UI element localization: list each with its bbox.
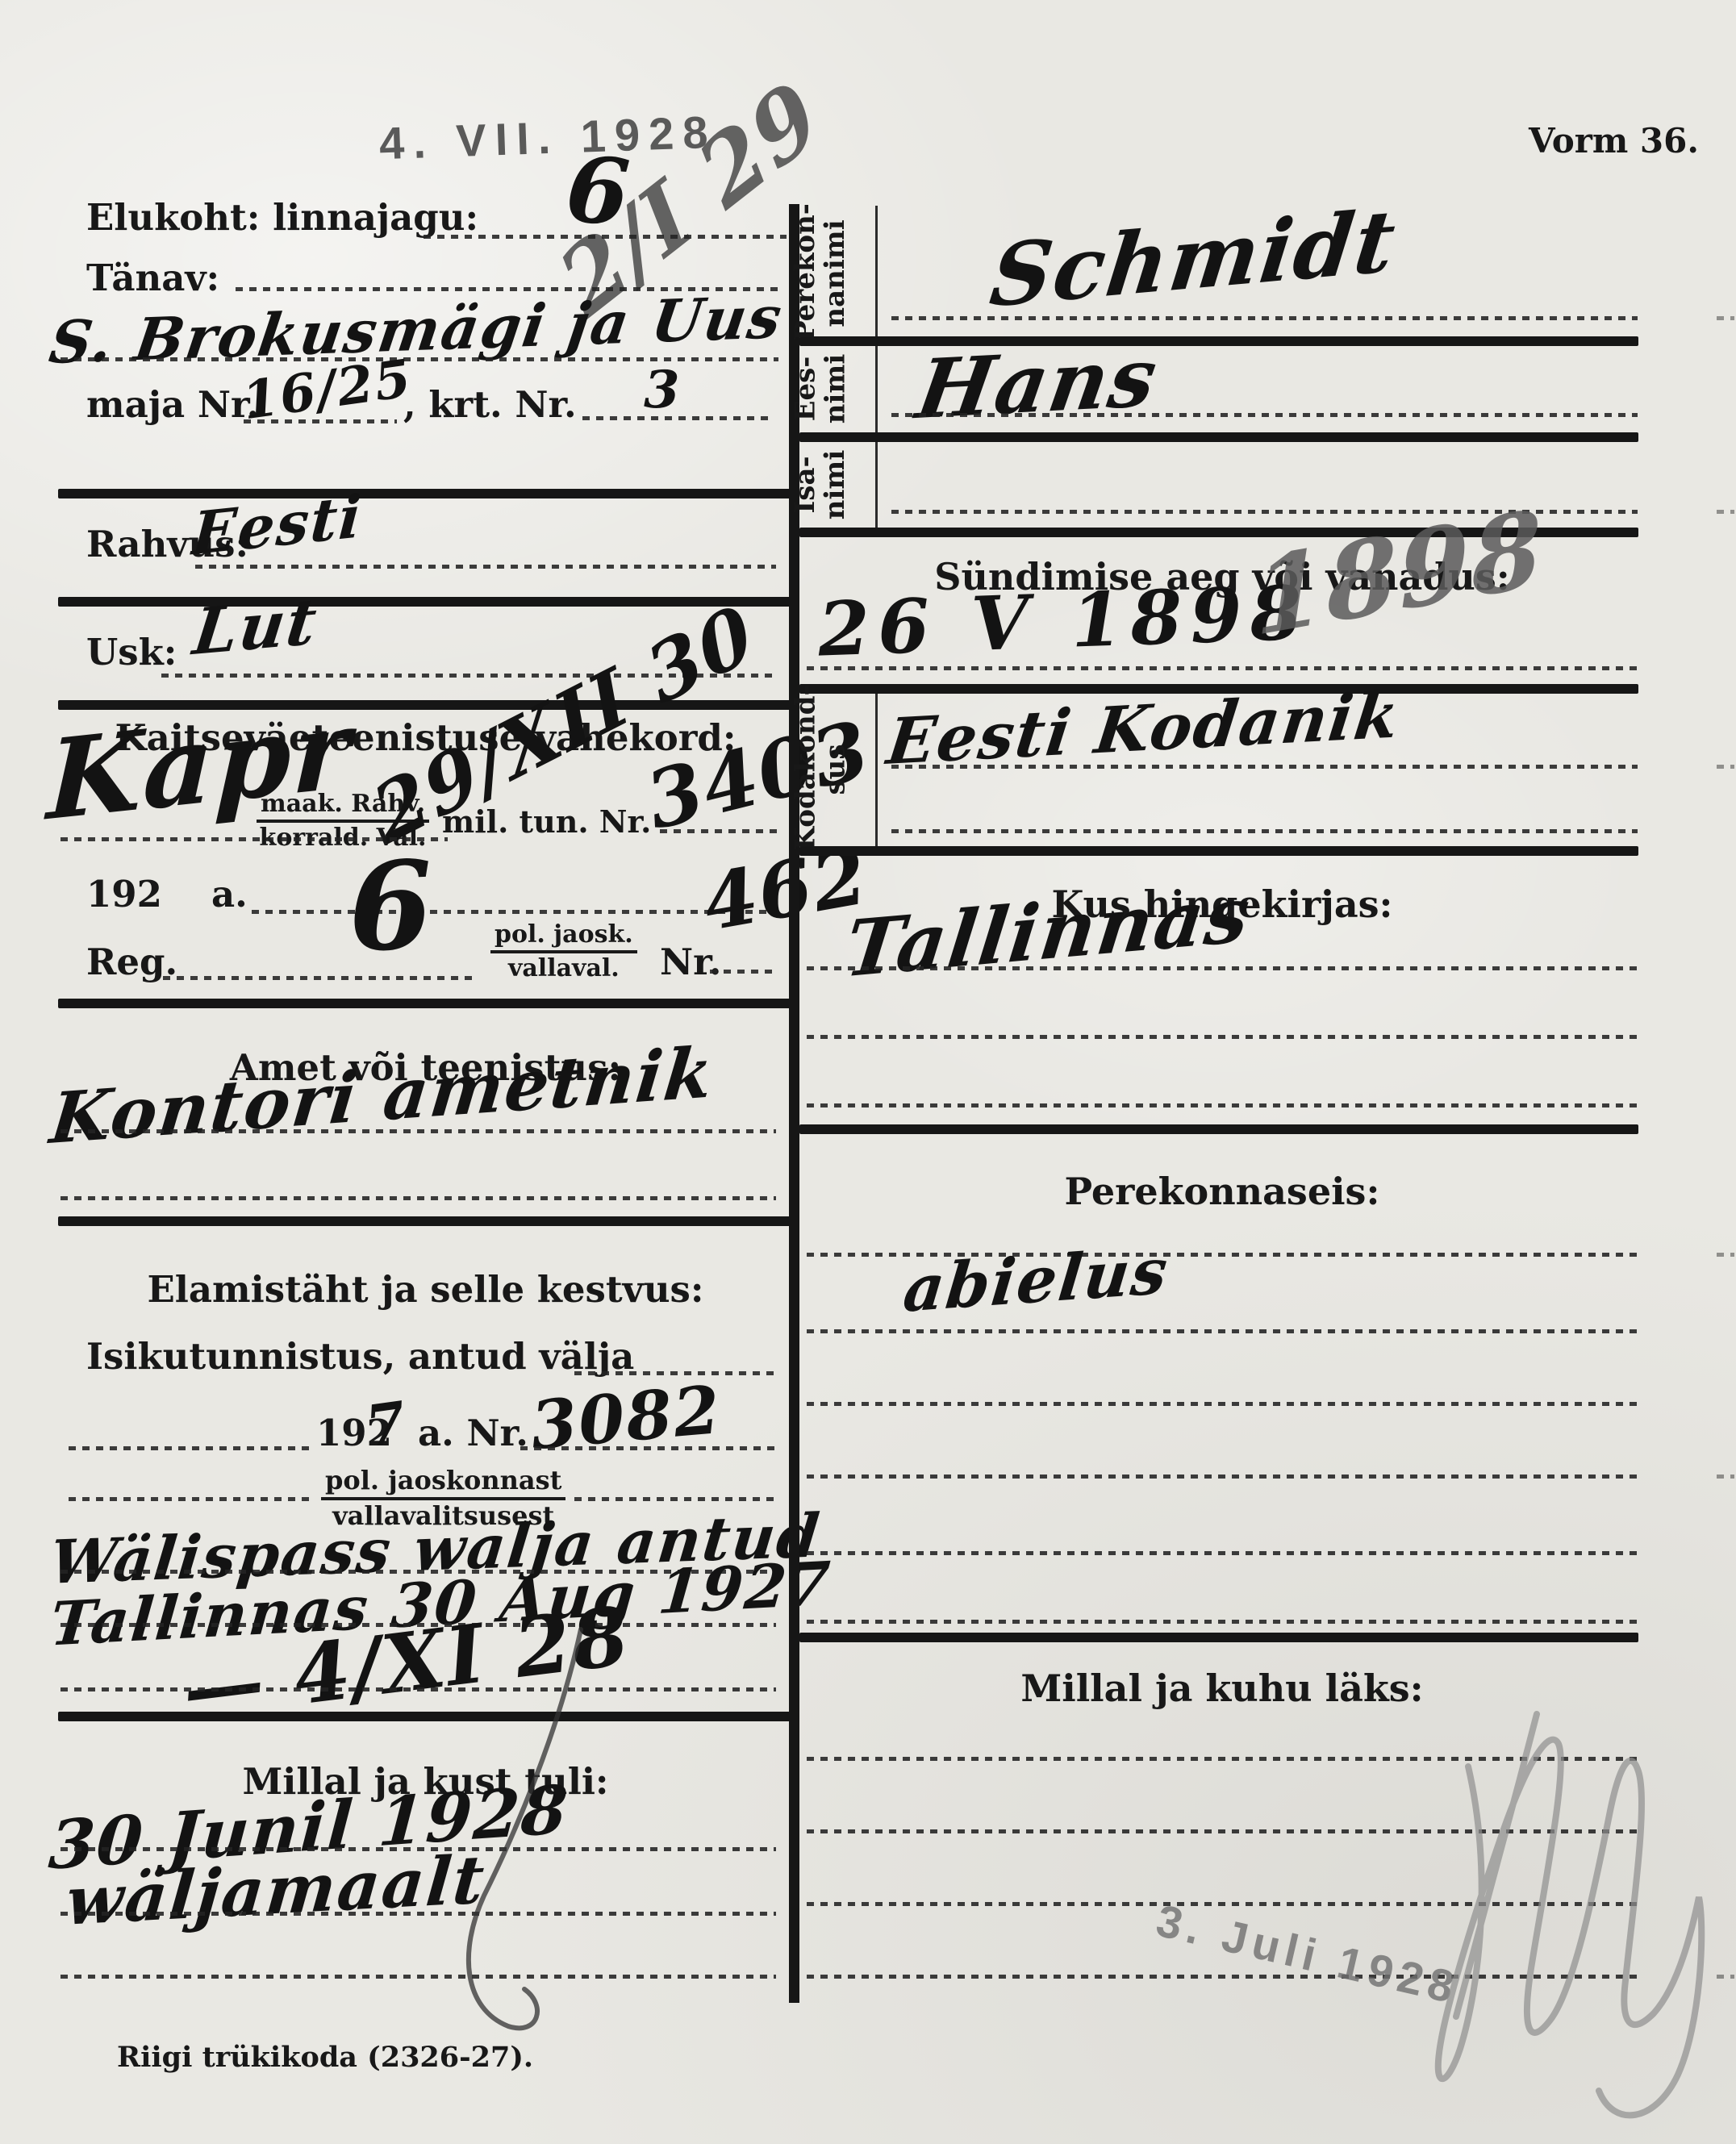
police-district-fraction: pol. jaosk. vallaval. xyxy=(490,921,637,982)
citizenship-label: Kodakond- sus xyxy=(791,689,875,851)
edge-mark xyxy=(1717,316,1734,320)
dotted-line xyxy=(807,1620,1638,1624)
dotted-line xyxy=(710,970,776,974)
rule-line xyxy=(58,489,792,498)
fraction-top: pol. jaoskonnast xyxy=(321,1466,565,1500)
dotted-line xyxy=(891,413,1638,417)
dotted-line xyxy=(520,1446,776,1450)
dotted-line xyxy=(69,1497,315,1501)
dotted-line xyxy=(61,1196,776,1200)
dotted-line xyxy=(69,1446,311,1450)
dotted-line xyxy=(582,416,772,420)
reg-hand-value: 6 xyxy=(346,834,436,979)
apartment-label: , krt. Nr. xyxy=(403,383,577,426)
dotted-line xyxy=(807,1329,1638,1333)
religion-label: Usk: xyxy=(86,631,177,674)
year-prefix: 192 xyxy=(86,873,162,916)
residence-permit-header: Elamistäht ja selle kestvus: xyxy=(61,1268,791,1311)
dotted-line xyxy=(807,1475,1638,1479)
house-label: maja Nr. xyxy=(86,383,259,426)
dotted-line xyxy=(424,235,787,239)
id-year-hand: 7 xyxy=(361,1388,411,1460)
year-a-label: a. xyxy=(211,873,248,916)
fraction-top: pol. jaosk. xyxy=(490,921,637,953)
id-number-value: 3082 xyxy=(528,1371,724,1465)
dotted-line xyxy=(807,966,1638,970)
dotted-line xyxy=(252,910,776,914)
dotted-line xyxy=(807,1551,1638,1555)
fathername-label-line2: nimi xyxy=(820,437,850,532)
label-separator xyxy=(875,346,878,432)
rule-line xyxy=(58,597,792,607)
surname-value: Schmidt xyxy=(985,190,1402,327)
edge-mark xyxy=(1717,1253,1734,1257)
marital-status-value: abielus xyxy=(900,1234,1172,1327)
fathername-label-line1: Isa- xyxy=(791,437,820,532)
firstname-label: Ees- nimi xyxy=(791,341,875,437)
ink-flourish xyxy=(339,1613,661,2065)
rule-line xyxy=(799,1633,1638,1642)
rule-line xyxy=(58,999,792,1008)
edge-mark xyxy=(1717,765,1734,769)
dotted-line xyxy=(807,666,1638,670)
firstname-value: Hans xyxy=(911,329,1165,438)
form-code: Vorm 36. xyxy=(1529,121,1699,161)
dotted-line xyxy=(891,316,1638,320)
dotted-line xyxy=(891,829,1638,833)
dotted-line xyxy=(807,1103,1638,1107)
rule-line xyxy=(799,846,1638,856)
citizenship-label-line1: Kodakond- xyxy=(791,689,821,851)
edge-mark xyxy=(1717,1475,1734,1479)
id-a-nr-label: a. Nr. xyxy=(418,1412,528,1454)
dotted-line xyxy=(660,829,777,833)
label-separator xyxy=(875,694,878,846)
birthdate-value: 26 V 1898 xyxy=(816,569,1311,673)
fraction-bottom: vallaval. xyxy=(490,953,637,982)
id-certificate-label: Isikutunnistus, antud välja xyxy=(86,1335,634,1378)
dotted-line xyxy=(574,1497,776,1501)
surname-label-line1: Perekon- xyxy=(791,206,820,341)
dotted-line xyxy=(891,765,1638,769)
apartment-number-value: 3 xyxy=(644,360,682,420)
citizenship-label-line2: sus xyxy=(820,689,850,851)
dotted-line xyxy=(163,976,476,980)
district-label: Elukoht: linnajagu: xyxy=(86,196,478,239)
label-separator xyxy=(875,442,878,528)
rule-line xyxy=(58,1216,792,1226)
surname-label-line2: nanimi xyxy=(820,206,850,341)
dotted-line xyxy=(244,419,397,423)
street-label: Tänav: xyxy=(86,257,219,299)
fathername-label: Isa- nimi xyxy=(791,437,874,532)
edge-mark xyxy=(1717,1975,1734,1979)
edge-mark xyxy=(1717,510,1734,514)
marital-status-header: Perekonnaseis: xyxy=(807,1170,1638,1213)
firstname-label-line2: nimi xyxy=(820,341,850,437)
pencil-signature xyxy=(1371,1678,1736,2144)
district-value: 6 xyxy=(563,136,635,246)
label-separator xyxy=(875,206,878,336)
dotted-line xyxy=(807,1402,1638,1406)
registration-card: 4. VII. 1928 2/I 29 Vorm 36. 6 Elukoht: … xyxy=(0,0,1736,2144)
dotted-line xyxy=(61,1129,776,1133)
surname-label: Perekon- nanimi xyxy=(791,206,874,341)
rule-line xyxy=(799,1124,1638,1134)
religion-value: Lut xyxy=(190,585,322,670)
dotted-line xyxy=(807,1035,1638,1039)
firstname-label-line1: Ees- xyxy=(791,341,821,437)
dotted-line xyxy=(195,565,776,569)
